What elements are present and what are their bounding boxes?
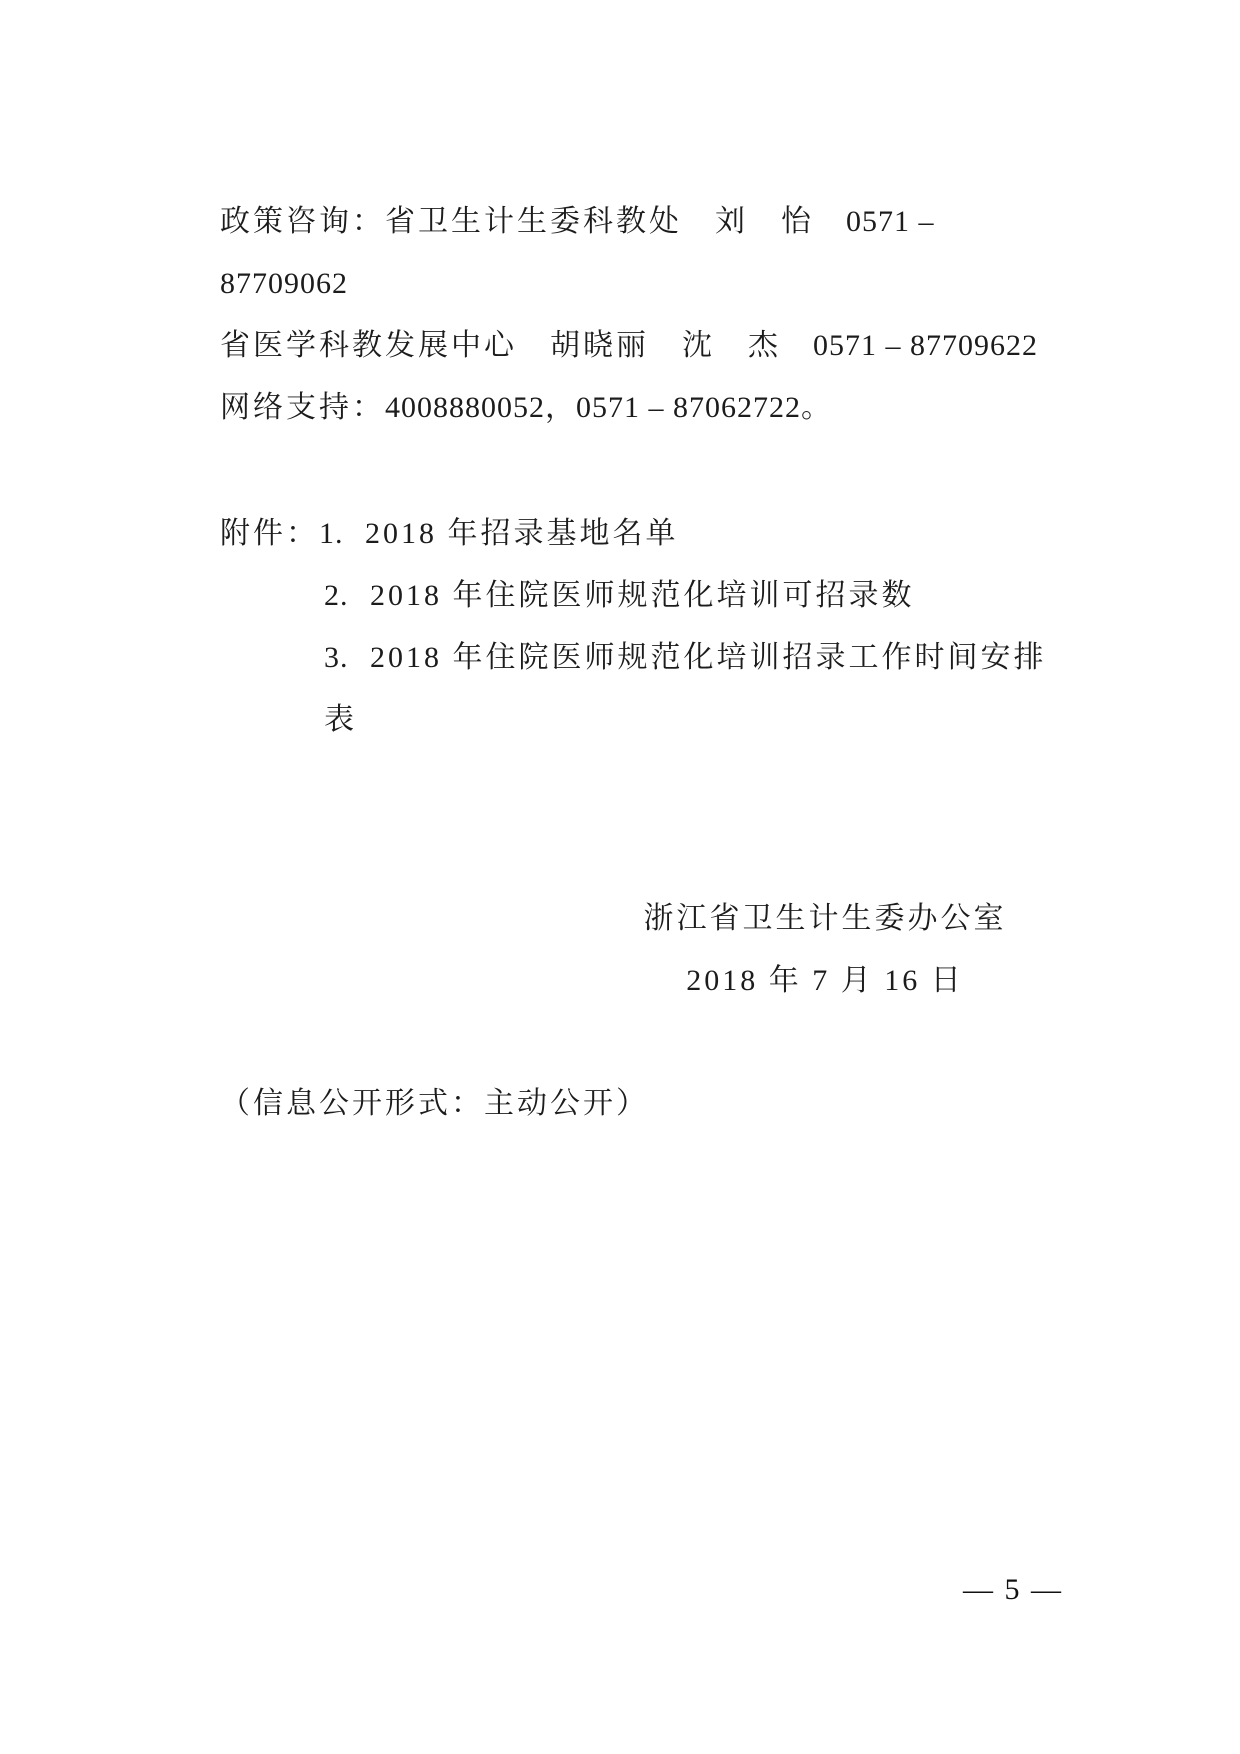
signature-block: 浙江省卫生计生委办公室 2018 年 7 月 16 日 xyxy=(630,888,1020,1012)
attachment-3-title: 2018 年住院医师规范化培训招录工作时间安排表 xyxy=(324,641,1047,736)
attachment-2-title: 2018 年住院医师规范化培训可招录数 xyxy=(370,579,915,612)
contact-line-network: 网络支持：4008880052，0571 – 87062722。 xyxy=(220,377,1070,439)
contact-network-phone: 4008880052，0571 – 87062722。 xyxy=(385,391,832,424)
attachment-item-3: 3.2018 年住院医师规范化培训招录工作时间安排表 xyxy=(220,627,1070,751)
contact-center-label: 省医学科教发展中心 胡晓丽 沈 杰 xyxy=(220,329,781,362)
disclosure-note: （信息公开形式：主动公开） xyxy=(220,1073,1070,1135)
signature-org: 浙江省卫生计生委办公室 xyxy=(630,888,1020,950)
attachment-item-2: 2.2018 年住院医师规范化培训可招录数 xyxy=(220,565,1070,627)
attachment-item-1: 附件：1.2018 年招录基地名单 xyxy=(220,503,1070,565)
document-page: 政策咨询：省卫生计生委科教处 刘 怡0571 – 87709062 省医学科教发… xyxy=(0,0,1240,1754)
contact-line-center: 省医学科教发展中心 胡晓丽 沈 杰0571 – 87709622 xyxy=(220,315,1070,377)
attachment-1-title: 2018 年招录基地名单 xyxy=(365,517,679,550)
page-number: — 5 — xyxy=(963,1559,1063,1621)
contact-center-phone: 0571 – 87709622 xyxy=(813,329,1038,362)
contact-section: 政策咨询：省卫生计生委科教处 刘 怡0571 – 87709062 省医学科教发… xyxy=(220,0,1070,439)
attachments-section: 附件：1.2018 年招录基地名单 2.2018 年住院医师规范化培训可招录数 … xyxy=(220,503,1070,751)
attachments-label: 附件： xyxy=(220,517,319,550)
document-content: 政策咨询：省卫生计生委科教处 刘 怡0571 – 87709062 省医学科教发… xyxy=(220,0,1070,1135)
contact-network-label: 网络支持： xyxy=(220,391,385,424)
signature-date: 2018 年 7 月 16 日 xyxy=(630,950,1020,1012)
contact-policy-label: 政策咨询：省卫生计生委科教处 刘 怡 xyxy=(220,205,814,238)
attachment-1-marker: 1. xyxy=(319,503,365,565)
attachment-3-marker: 3. xyxy=(324,627,370,689)
attachment-2-marker: 2. xyxy=(324,565,370,627)
contact-line-policy: 政策咨询：省卫生计生委科教处 刘 怡0571 – 87709062 xyxy=(220,191,1070,315)
